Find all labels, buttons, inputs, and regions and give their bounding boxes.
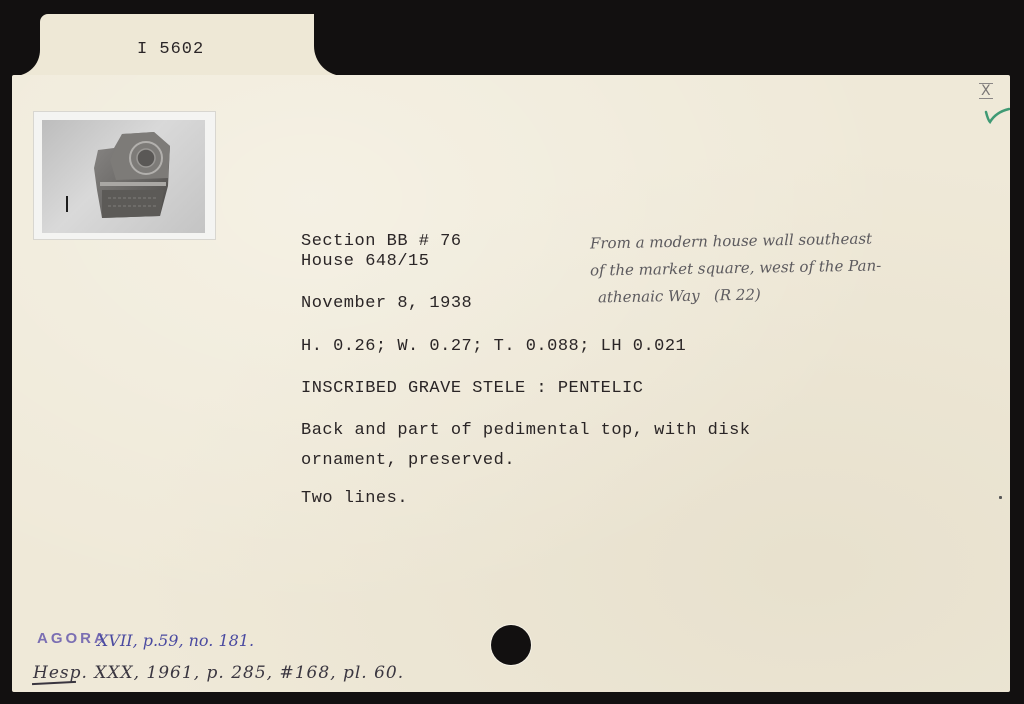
scale-bar-icon <box>66 196 68 212</box>
stele-fragment-image <box>42 120 205 233</box>
check-mark-icon <box>984 106 1010 124</box>
paper-speck <box>999 496 1002 499</box>
hesperia-reference: Hesp. XXX, 1961, p. 285, #168, pl. 60. <box>33 663 404 683</box>
findspot-note-line-2: of the market square, west of the Pan- <box>590 252 882 284</box>
description-line-2: ornament, preserved. <box>301 450 515 471</box>
house-number: House 648/15 <box>301 251 429 272</box>
hesperia-label: Hesp. <box>33 663 88 683</box>
object-type: INSCRIBED GRAVE STELE : PENTELIC <box>301 378 643 399</box>
card-tab-right-edge <box>300 14 340 76</box>
dimensions: H. 0.26; W. 0.27; T. 0.088; LH 0.021 <box>301 336 686 357</box>
corner-x-mark: X <box>979 83 993 99</box>
punch-hole <box>491 625 531 665</box>
photo-image <box>42 120 205 233</box>
findspot-note-line-3: athenaic Way (R 22) <box>598 282 761 312</box>
inscription-note: Two lines. <box>301 488 408 509</box>
description-line-1: Back and part of pedimental top, with di… <box>301 420 750 441</box>
inventory-number: I 5602 <box>137 40 204 59</box>
section-number: Section BB # 76 <box>301 231 462 252</box>
excavation-date: November 8, 1938 <box>301 293 472 314</box>
hesperia-citation: XXX, 1961, p. 285, #168, pl. 60. <box>94 663 404 683</box>
agora-reference: XVII, p.59, no. 181. <box>97 631 254 650</box>
object-photo <box>33 111 216 240</box>
